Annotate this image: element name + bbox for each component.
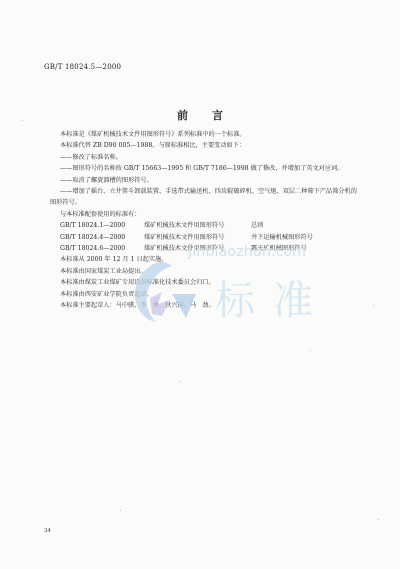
scan-speck	[22, 120, 23, 121]
paragraph: 本标准由国家煤炭工业局提出。	[50, 266, 362, 277]
paragraph: 本标准由西安矿业学院负责起草。	[50, 289, 362, 300]
paragraph: 本标准从 2000 年 12 月 1 日起实施。	[50, 254, 362, 265]
standard-code: GB/T 18024.1—2000	[60, 220, 144, 231]
paragraph: ——图形符号的名称按 GB/T 15663—1995 和 GB/T 7186—1…	[50, 163, 362, 174]
foreword-body: 本标准是《煤矿机械技术文件用图形符号》系列标准中的一个标准。 本标准代替 ZB …	[50, 129, 362, 312]
scan-speck	[373, 305, 374, 306]
paragraph: ——修改了标准名称。	[50, 152, 362, 163]
scan-speck	[310, 350, 311, 351]
standard-code-header: GB/T 18024.5—2000	[44, 63, 121, 71]
standard-name: 煤矿机械技术文件用图形符号	[144, 232, 251, 243]
standard-code: GB/T 18024.6—2000	[60, 243, 144, 254]
scan-speck	[378, 519, 379, 520]
paragraph: 本标准代替 ZB D90 005—1988。与原标准相比，主要变动如下：	[50, 140, 362, 151]
paragraph: 本标准由煤炭工业煤矿专用设备标准化技术委员会归口。	[50, 277, 362, 288]
standard-part: 井下运输机械图形符号	[251, 232, 313, 243]
paragraph: ——取消了螺旋溜槽的图形符号。	[50, 175, 362, 186]
standard-part: 露天矿机械图形符号	[251, 243, 307, 254]
scan-speck	[120, 510, 121, 511]
paragraph: ——增加了摇台、立井箕斗卸载装置、手选带式输送机、四齿辊破碎机、空气炮、双层二种…	[50, 186, 362, 209]
related-standard-row: GB/T 18024.4—2000 煤矿机械技术文件用图形符号 井下运输机械图形…	[50, 232, 362, 243]
paragraph: 与本标准配套使用的标准有：	[50, 209, 362, 220]
scan-speck	[180, 381, 181, 382]
standard-part: 总则	[251, 220, 263, 231]
related-standard-row: GB/T 18024.6—2000 煤矿机械技术文件用图形符号 露天矿机械图形符…	[50, 243, 362, 254]
standard-code: GB/T 18024.4—2000	[60, 232, 144, 243]
standard-name: 煤矿机械技术文件用图形符号	[144, 220, 251, 231]
page-title: 前言	[0, 107, 400, 123]
related-standard-row: GB/T 18024.1—2000 煤矿机械技术文件用图形符号 总则	[50, 220, 362, 231]
paragraph: 本标准主要起草人：马中骐、李 勇、秋兴国、马 劲。	[50, 300, 362, 311]
paragraph: 本标准是《煤矿机械技术文件用图形符号》系列标准中的一个标准。	[50, 129, 362, 140]
page-number: 34	[44, 528, 51, 534]
document-page: GB/T 18024.5—2000 前言 本标准是《煤矿机械技术文件用图形符号》…	[0, 0, 400, 569]
standard-name: 煤矿机械技术文件用图形符号	[144, 243, 251, 254]
